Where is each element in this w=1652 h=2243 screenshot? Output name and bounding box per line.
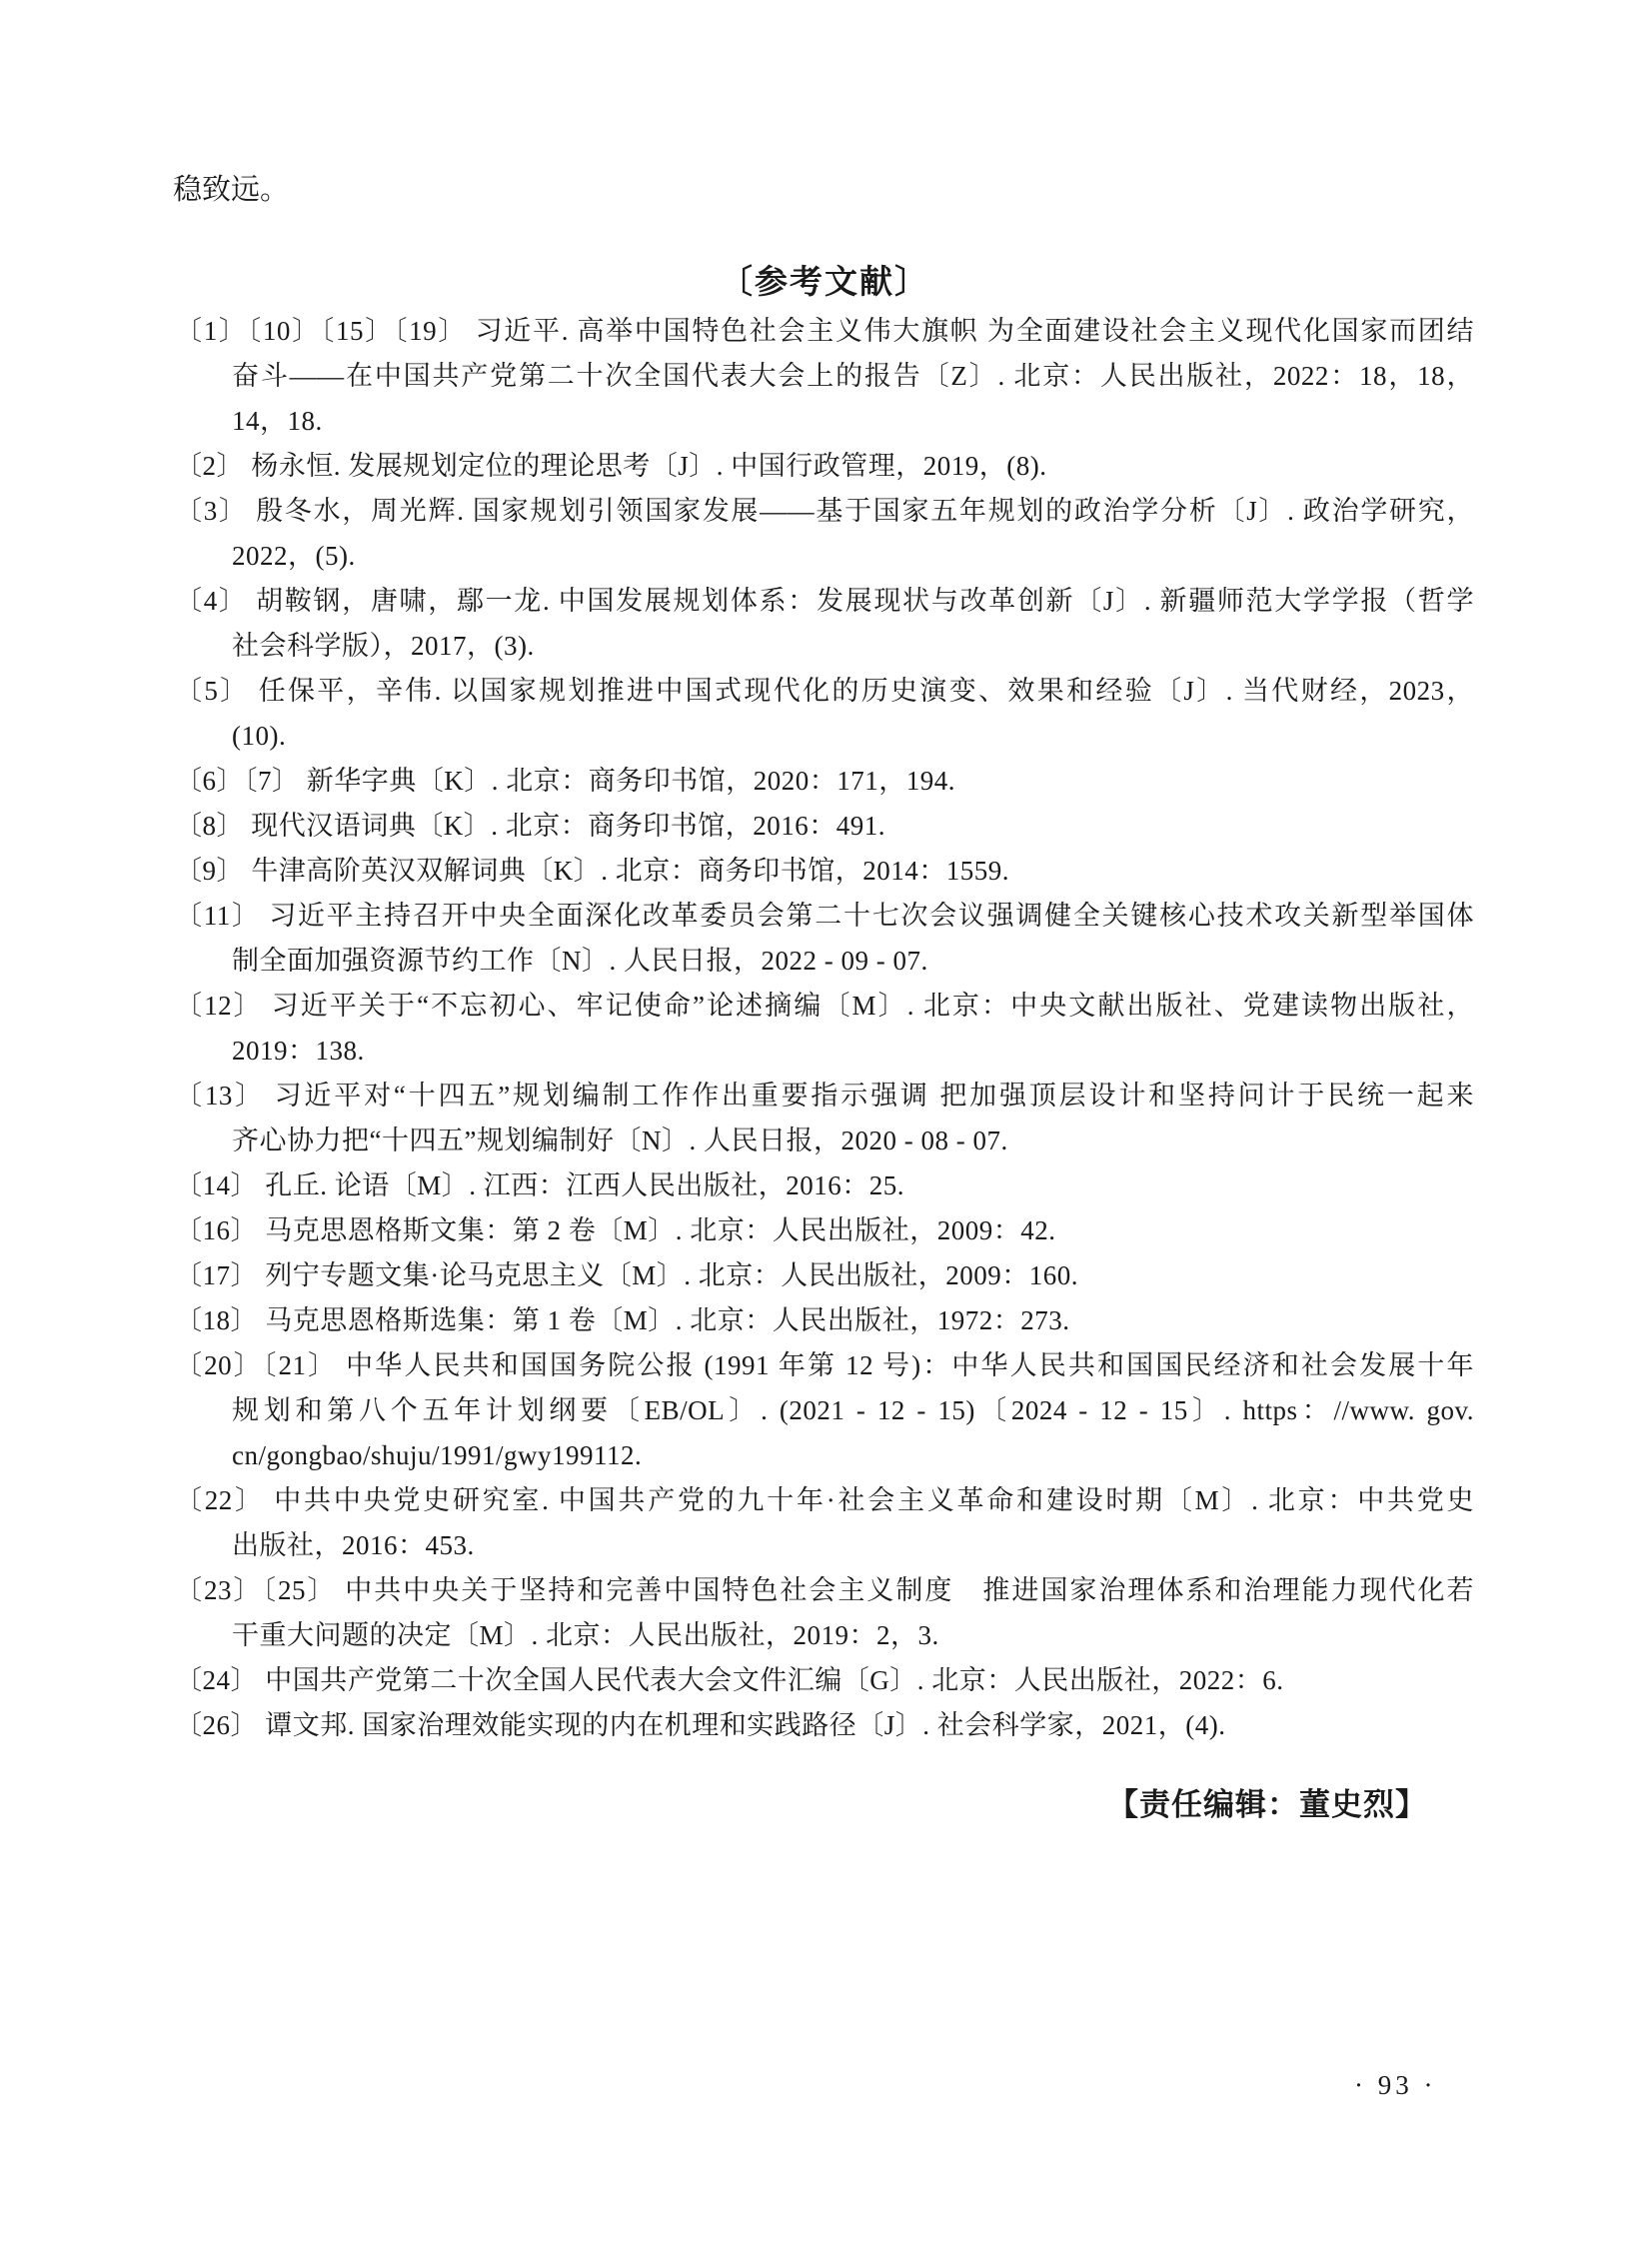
reference-item: 〔9〕 牛津高阶英汉双解词典〔K〕. 北京：商务印书馆，2014：1559.: [175, 849, 1474, 894]
reference-line: 规划和第八个五年计划纲要〔EB/OL〕. (2021 - 12 - 15)〔20…: [175, 1388, 1474, 1433]
reference-line: 〔13〕 习近平对“十四五”规划编制工作作出重要指示强调 把加强顶层设计和坚持问…: [175, 1074, 1474, 1119]
reference-item: 〔26〕 谭文邦. 国家治理效能实现的内在机理和实践路径〔J〕. 社会科学家，2…: [175, 1703, 1474, 1748]
reference-item: 〔6〕〔7〕 新华字典〔K〕. 北京：商务印书馆，2020：171，194.: [175, 759, 1474, 804]
reference-line: 〔24〕 中国共产党第二十次全国人民代表大会文件汇编〔G〕. 北京：人民出版社，…: [175, 1658, 1474, 1703]
closing-paragraph: 稳致远。: [173, 170, 289, 210]
reference-item: 〔20〕〔21〕 中华人民共和国国务院公报 (1991 年第 12 号)：中华人…: [175, 1343, 1474, 1478]
reference-item: 〔16〕 马克思恩格斯文集：第 2 卷〔M〕. 北京：人民出版社，2009：42…: [175, 1208, 1474, 1253]
reference-line: 奋斗——在中国共产党第二十次全国代表大会上的报告〔Z〕. 北京：人民出版社，20…: [175, 354, 1474, 399]
reference-line: 齐心协力把“十四五”规划编制好〔N〕. 人民日报，2020 - 08 - 07.: [175, 1119, 1474, 1163]
reference-line: 〔8〕 现代汉语词典〔K〕. 北京：商务印书馆，2016：491.: [175, 804, 1474, 849]
reference-line: 〔26〕 谭文邦. 国家治理效能实现的内在机理和实践路径〔J〕. 社会科学家，2…: [175, 1703, 1474, 1748]
reference-line: 2022，(5).: [175, 534, 1474, 579]
reference-line: 〔3〕 殷冬水，周光辉. 国家规划引领国家发展——基于国家五年规划的政治学分析〔…: [175, 489, 1474, 534]
reference-line: 〔11〕 习近平主持召开中央全面深化改革委员会第二十七次会议强调健全关键核心技术…: [175, 894, 1474, 939]
reference-line: 〔17〕 列宁专题文集·论马克思主义〔M〕. 北京：人民出版社，2009：160…: [175, 1253, 1474, 1298]
reference-line: 〔5〕 任保平，辛伟. 以国家规划推进中国式现代化的历史演变、效果和经验〔J〕.…: [175, 669, 1474, 714]
reference-line: 社会科学版），2017，(3).: [175, 624, 1474, 669]
reference-item: 〔5〕 任保平，辛伟. 以国家规划推进中国式现代化的历史演变、效果和经验〔J〕.…: [175, 669, 1474, 759]
document-page: 稳致远。 〔参考文献〕 〔1〕〔10〕〔15〕〔19〕 习近平. 高举中国特色社…: [0, 0, 1652, 2243]
editor-note: 【责任编辑：董史烈】: [1107, 1783, 1427, 1827]
reference-line: 〔2〕 杨永恒. 发展规划定位的理论思考〔J〕. 中国行政管理，2019，(8)…: [175, 444, 1474, 489]
reference-item: 〔17〕 列宁专题文集·论马克思主义〔M〕. 北京：人民出版社，2009：160…: [175, 1253, 1474, 1298]
reference-line: 〔16〕 马克思恩格斯文集：第 2 卷〔M〕. 北京：人民出版社，2009：42…: [175, 1208, 1474, 1253]
reference-item: 〔13〕 习近平对“十四五”规划编制工作作出重要指示强调 把加强顶层设计和坚持问…: [175, 1074, 1474, 1163]
reference-line: 2019：138.: [175, 1029, 1474, 1074]
reference-line: 14，18.: [175, 399, 1474, 444]
reference-item: 〔3〕 殷冬水，周光辉. 国家规划引领国家发展——基于国家五年规划的政治学分析〔…: [175, 489, 1474, 579]
reference-line: 〔23〕〔25〕 中共中央关于坚持和完善中国特色社会主义制度 推进国家治理体系和…: [175, 1568, 1474, 1613]
reference-item: 〔8〕 现代汉语词典〔K〕. 北京：商务印书馆，2016：491.: [175, 804, 1474, 849]
reference-line: 〔20〕〔21〕 中华人民共和国国务院公报 (1991 年第 12 号)：中华人…: [175, 1343, 1474, 1388]
reference-item: 〔2〕 杨永恒. 发展规划定位的理论思考〔J〕. 中国行政管理，2019，(8)…: [175, 444, 1474, 489]
reference-line: (10).: [175, 714, 1474, 759]
reference-item: 〔14〕 孔丘. 论语〔M〕. 江西：江西人民出版社，2016：25.: [175, 1163, 1474, 1208]
reference-line: 〔18〕 马克思恩格斯选集：第 1 卷〔M〕. 北京：人民出版社，1972：27…: [175, 1298, 1474, 1343]
reference-item: 〔11〕 习近平主持召开中央全面深化改革委员会第二十七次会议强调健全关键核心技术…: [175, 894, 1474, 984]
reference-line: 〔9〕 牛津高阶英汉双解词典〔K〕. 北京：商务印书馆，2014：1559.: [175, 849, 1474, 894]
reference-line: 〔4〕 胡鞍钢，唐啸，鄢一龙. 中国发展规划体系：发展现状与改革创新〔J〕. 新…: [175, 579, 1474, 624]
reference-item: 〔1〕〔10〕〔15〕〔19〕 习近平. 高举中国特色社会主义伟大旗帜 为全面建…: [175, 309, 1474, 444]
reference-line: 〔12〕 习近平关于“不忘初心、牢记使命”论述摘编〔M〕. 北京：中央文献出版社…: [175, 984, 1474, 1029]
reference-item: 〔24〕 中国共产党第二十次全国人民代表大会文件汇编〔G〕. 北京：人民出版社，…: [175, 1658, 1474, 1703]
reference-line: 干重大问题的决定〔M〕. 北京：人民出版社，2019：2，3.: [175, 1613, 1474, 1658]
reference-item: 〔23〕〔25〕 中共中央关于坚持和完善中国特色社会主义制度 推进国家治理体系和…: [175, 1568, 1474, 1658]
reference-item: 〔12〕 习近平关于“不忘初心、牢记使命”论述摘编〔M〕. 北京：中央文献出版社…: [175, 984, 1474, 1074]
reference-item: 〔4〕 胡鞍钢，唐啸，鄢一龙. 中国发展规划体系：发展现状与改革创新〔J〕. 新…: [175, 579, 1474, 669]
reference-line: 〔14〕 孔丘. 论语〔M〕. 江西：江西人民出版社，2016：25.: [175, 1163, 1474, 1208]
reference-line: 〔1〕〔10〕〔15〕〔19〕 习近平. 高举中国特色社会主义伟大旗帜 为全面建…: [175, 309, 1474, 354]
references-heading: 〔参考文献〕: [175, 260, 1474, 304]
reference-line: 〔6〕〔7〕 新华字典〔K〕. 北京：商务印书馆，2020：171，194.: [175, 759, 1474, 804]
reference-line: 〔22〕 中共中央党史研究室. 中国共产党的九十年·社会主义革命和建设时期〔M〕…: [175, 1478, 1474, 1523]
reference-line: 制全面加强资源节约工作〔N〕. 人民日报，2022 - 09 - 07.: [175, 939, 1474, 984]
reference-line: 出版社，2016：453.: [175, 1523, 1474, 1568]
page-number: · 93 ·: [1354, 2067, 1494, 2103]
reference-item: 〔22〕 中共中央党史研究室. 中国共产党的九十年·社会主义革命和建设时期〔M〕…: [175, 1478, 1474, 1568]
reference-item: 〔18〕 马克思恩格斯选集：第 1 卷〔M〕. 北京：人民出版社，1972：27…: [175, 1298, 1474, 1343]
reference-list: 〔1〕〔10〕〔15〕〔19〕 习近平. 高举中国特色社会主义伟大旗帜 为全面建…: [175, 309, 1474, 1748]
reference-line: cn/gongbao/shuju/1991/gwy199112.: [175, 1433, 1474, 1478]
